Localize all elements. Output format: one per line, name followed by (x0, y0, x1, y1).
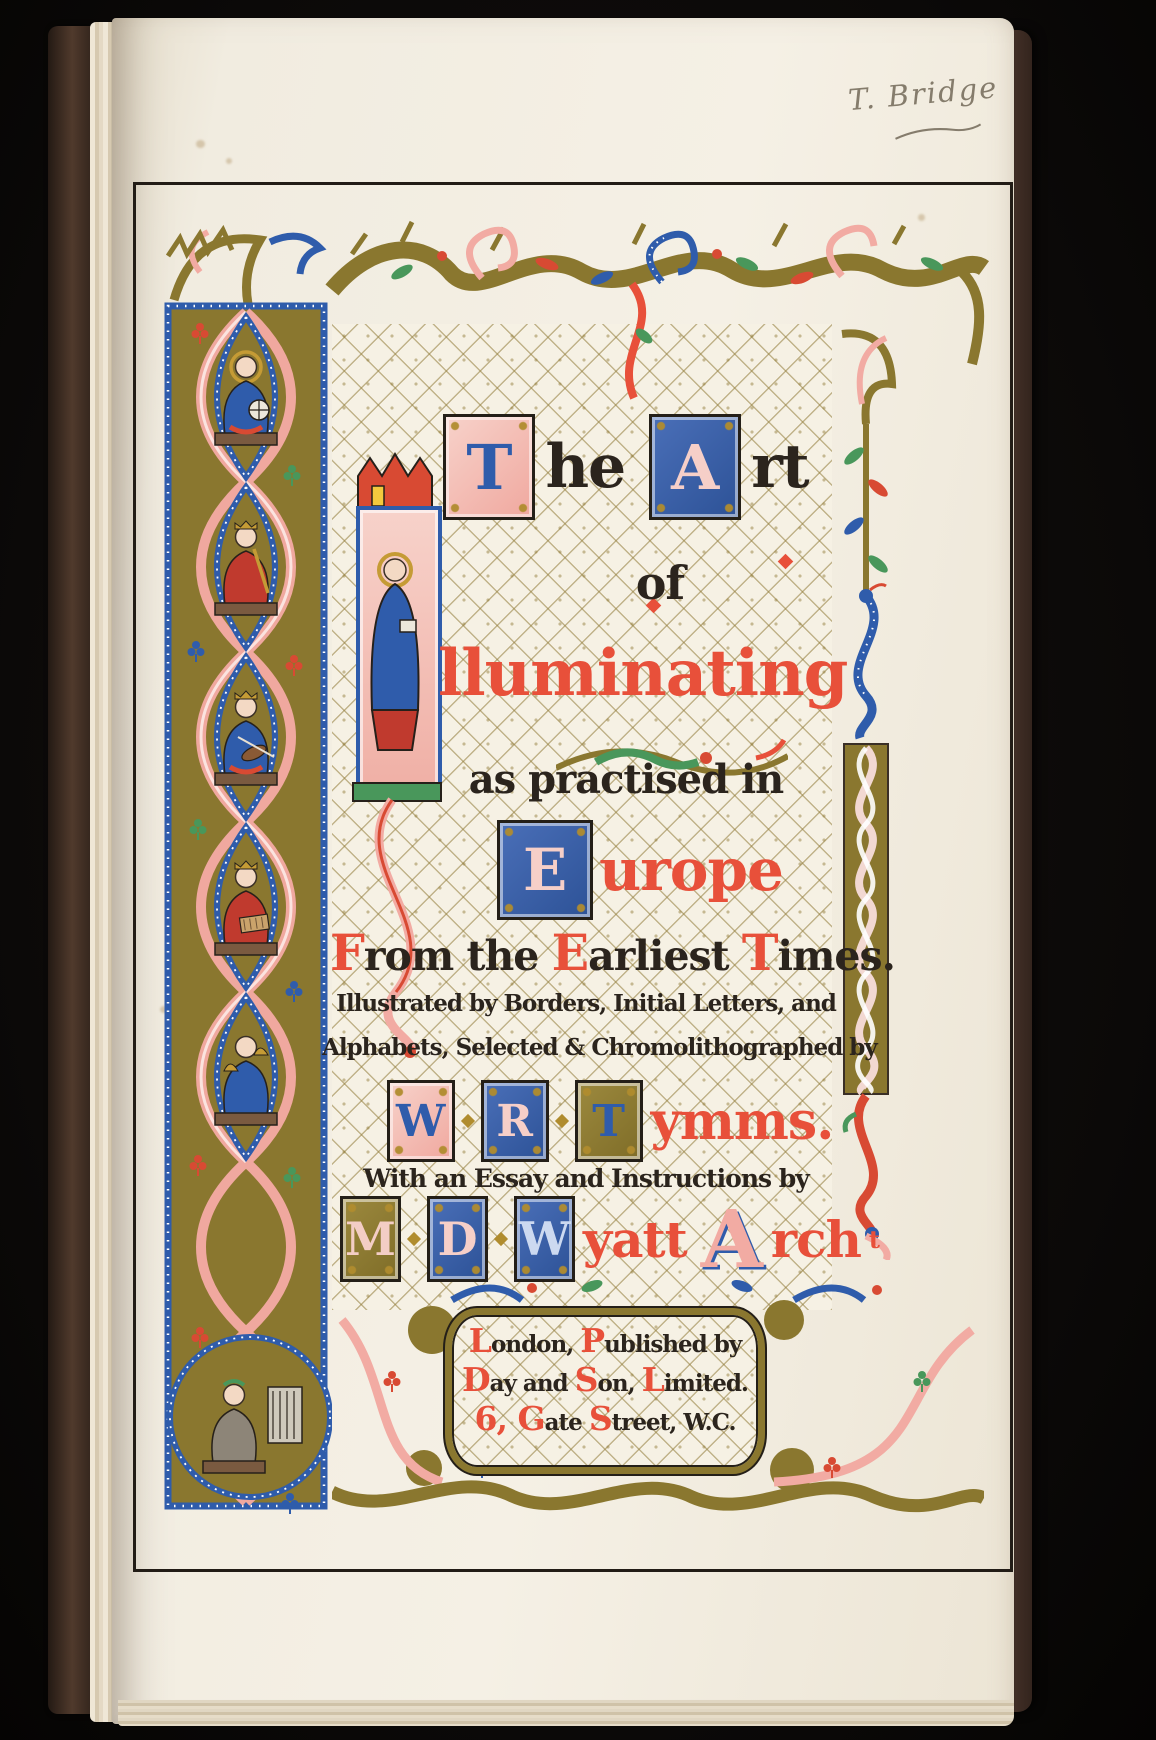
foxing-spot (226, 158, 232, 164)
foxing-spot (196, 140, 205, 148)
title-line-europe: E urope (470, 820, 810, 920)
illuminated-initial-T: T (443, 414, 535, 520)
book-spine (48, 26, 92, 1714)
title-word-of: of (470, 556, 850, 610)
title-line-the-art: T he A rt (430, 414, 822, 520)
initial-letter-I: I (360, 510, 363, 519)
imprint-cartouche: London, Published by Day and Son, Limite… (445, 1308, 765, 1474)
illuminated-initial-A2: A (701, 1203, 763, 1275)
illuminated-initial-I: I (356, 506, 442, 790)
left-border-ornament (160, 212, 332, 1520)
photo-backdrop: T. Bridge (0, 0, 1156, 1740)
author-line-wyatt: M D W yatt A rch t (340, 1196, 880, 1282)
author-name-yatt: yatt (583, 1210, 687, 1269)
illuminated-initial-R: R (481, 1080, 549, 1162)
author-suffix-sup-t: t (869, 1225, 880, 1254)
title-word-illuminating: lluminating (438, 636, 832, 711)
gold-dot-ornament (494, 1232, 508, 1246)
right-border-ornament (832, 324, 900, 1260)
subtitle-illustrated-2: Alphabets, Selected & Chromolithographed… (322, 1034, 850, 1061)
artist-line-tymms: W R T ymms. (380, 1080, 840, 1162)
top-border-ornament (332, 212, 984, 324)
title-word-he: he (545, 432, 625, 502)
illuminated-initial-E: E (497, 820, 593, 920)
illuminated-initial-M: M (340, 1196, 401, 1282)
illuminated-initial-D: D (427, 1196, 488, 1282)
subtitle-illustrated-1: Illustrated by Borders, Initial Letters,… (322, 990, 850, 1017)
medallion-figure-playing-organ (170, 1337, 330, 1497)
gold-dot-ornament (461, 1114, 475, 1128)
illuminated-initial-A: A (649, 414, 741, 520)
saint-figure-icon (360, 510, 430, 778)
artist-name-ymms: ymms. (651, 1091, 834, 1152)
title-line-practised: as practised in (430, 756, 822, 803)
gold-dot-ornament (555, 1114, 569, 1128)
illuminated-initial-W: W (387, 1080, 455, 1162)
title-word-rt: rt (751, 432, 808, 502)
illuminated-initial-I-roof (350, 446, 440, 510)
imprint-line-2: Day and Son, Limited. (452, 1368, 758, 1399)
title-line-earliest: From the Earliest Times. (330, 924, 842, 982)
imprint-line-1: London, Published by (452, 1329, 758, 1360)
illuminated-initial-T2: T (575, 1080, 643, 1162)
essay-line: With an Essay and Instructions by (330, 1164, 842, 1193)
gold-dot-ornament (407, 1232, 421, 1246)
title-word-urope: urope (599, 836, 783, 904)
illuminated-initial-W2: W (514, 1196, 575, 1282)
page-edges-bottom (118, 1700, 1014, 1726)
author-suffix-rch: rch (771, 1210, 861, 1269)
imprint-line-3: 6, Gate Street, W.C. (452, 1407, 758, 1438)
